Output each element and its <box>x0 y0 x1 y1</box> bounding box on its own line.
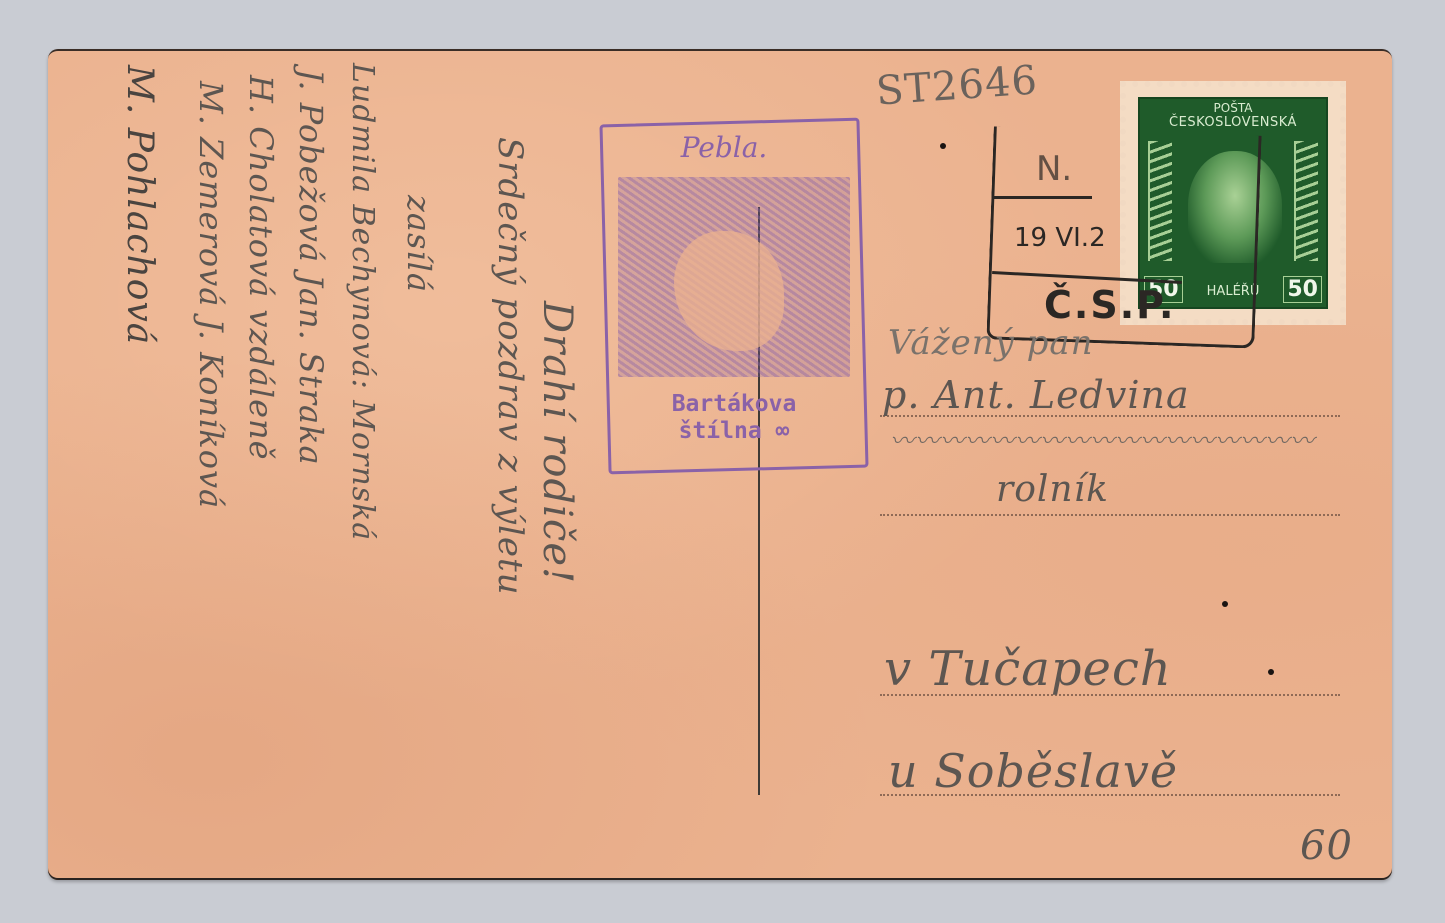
address-line-2: p. Ant. Ledvina <box>882 373 1190 417</box>
cachet-bottom-line2: štílna ∞ <box>612 418 856 445</box>
address-underline: 〰〰〰〰〰〰〰〰〰〰〰〰〰〰〰〰〰 <box>890 421 1315 456</box>
postmark-rule-1 <box>992 196 1092 199</box>
postmark: N. 19 VI.2 Č.S.P. <box>984 131 1254 346</box>
postmark-town: N. <box>1036 149 1072 189</box>
signature-4: M. Zemerová J. Koníková <box>192 81 230 509</box>
signature-1: Ludmila Bechynová: Mornská <box>345 63 380 541</box>
message-line-3: zasílá <box>400 195 438 293</box>
ink-dot <box>940 143 946 149</box>
inventory-code: ST2646 <box>875 57 1040 114</box>
address-rule-4 <box>880 794 1340 796</box>
ink-dot <box>1222 601 1228 607</box>
laurel-right-icon <box>1294 141 1318 261</box>
signature-2: J. Pobežová Jan. Straka <box>292 69 330 466</box>
stamp-header-1: POŠTA <box>1140 101 1326 115</box>
address-line-1: Vážený pan <box>888 323 1094 363</box>
signature-5: M. Pohlachová <box>119 65 160 345</box>
stamp-header-2: ČESKOSLOVENSKÁ <box>1140 115 1326 130</box>
cachet-bottom-line1: Bartákova <box>612 391 856 418</box>
address-line-5: u Soběslavě <box>888 744 1178 798</box>
stamp-value-right: 50 <box>1283 276 1322 303</box>
cachet-top-text: Pebla. <box>624 131 824 164</box>
postmark-date: 19 VI.2 <box>1014 223 1106 253</box>
address-line-3: rolník <box>996 469 1109 510</box>
postcard-back: ST2646 Pebla. Bartákova štílna ∞ POŠTA Č… <box>48 49 1392 880</box>
ink-dot <box>1268 669 1274 675</box>
message-line-1: Drahí rodiče! <box>534 301 580 584</box>
message-line-2: Srdečný pozdrav z výletu <box>490 137 530 596</box>
cachet-stamp: Pebla. Bartákova štílna ∞ <box>604 121 864 471</box>
address-rule-2 <box>880 514 1340 516</box>
cachet-bottom-text: Bartákova štílna ∞ <box>612 391 856 445</box>
signature-3: H. Cholatová vzdáleně <box>242 75 280 461</box>
postmark-office: Č.S.P. <box>1044 283 1175 327</box>
price-note: 60 <box>1300 823 1353 869</box>
address-line-4: v Tučapech <box>884 641 1172 697</box>
